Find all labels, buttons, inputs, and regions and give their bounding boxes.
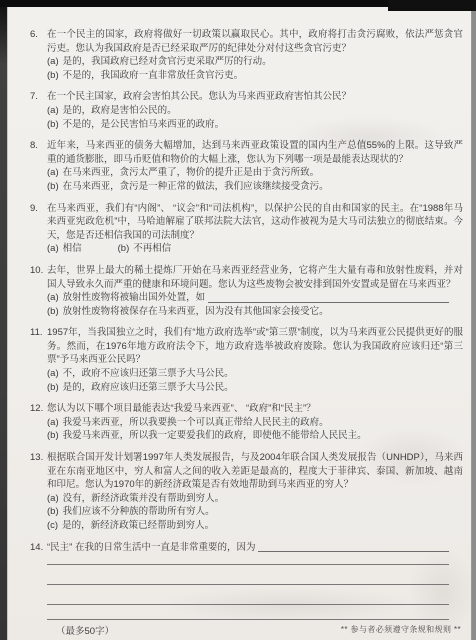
answer-lines — [47, 554, 449, 620]
option-a: (a)是的，政府是害怕公民的。 — [47, 104, 463, 118]
option-a: (a)放射性废物将被输出国外处置，如 — [47, 291, 463, 305]
question-item: 6.在一个民主的国家，政府将做好一切政策以赢取民心。其中，政府将打击贪污腐败，依… — [30, 28, 463, 82]
question-item: 11.1957年，当我国独立之时，我们有“地方政府选举”或“第三票”制度，以为马… — [30, 326, 463, 394]
question-number: 14. — [30, 541, 47, 621]
options: (a)不，政府不应该归还第三票予大马公民。(b)是的，政府应该归还第三票予大马公… — [47, 367, 463, 394]
question-text: 您认为以下哪个项目最能表达“我爱马来西亚”、 “政府”和“民主”？ — [47, 402, 463, 416]
option-text: 不再相信 — [133, 242, 171, 256]
question-number: 13. — [30, 451, 47, 533]
question-body: 去年，世界上最大的稀土提炼厂开始在马来西亚经营业务，它将产生大量有毒和放射性废料… — [47, 264, 463, 318]
question-text-content: 去年，世界上最大的稀土提炼厂开始在马来西亚经营业务，它将产生大量有毒和放射性废料… — [47, 265, 463, 290]
option-b: (b)不再相信 — [118, 242, 172, 256]
scan-border-top-right — [388, 0, 476, 11]
question-body: 在马来西亚，我们有“内阁”、 “议会”和“司法机构”，以保护公民的自由和国家的民… — [47, 202, 463, 256]
question-text: 在一个民主国家，政府会害怕其公民。您认为马来西亚政府害怕其公民？ — [47, 90, 463, 104]
answer-blank-line — [208, 291, 449, 303]
option-label: (c) — [47, 519, 58, 533]
options: (a)是的，我国政府已经对贪官污吏采取严厉的行动。(b)不是的，我国政府一直非常… — [47, 55, 463, 82]
option-text: 放射性废物将被保存在马来西亚，因为没有其他国家会接受它。 — [63, 305, 329, 319]
option-label: (b) — [47, 69, 59, 83]
option-a: (a)相信 — [47, 242, 82, 256]
option-text: 我们应该不分种族的帮助所有穷人。 — [63, 505, 215, 519]
option-b: (b)在马来西亚，贪污是一种正常的做法，我们应该继续接受贪污。 — [47, 180, 463, 194]
option-text: 是的，新经济政策已经帮助到穷人。 — [62, 519, 214, 533]
option-label: (a) — [47, 291, 59, 305]
question-text: 近年来，马来西亚的债务大幅增加，达到马来西亚政策设置的国内生产总值55%的上限。… — [47, 139, 463, 166]
question-text-content: 您认为以下哪个项目最能表达“我爱马来西亚”、 “政府”和“民主”？ — [47, 403, 316, 414]
scan-border-left — [0, 0, 7, 640]
word-limit-note: （最多50字） — [56, 623, 114, 637]
option-label: (a) — [47, 416, 59, 430]
option-a: (a)我爱马来西亚，所以我要换一个可以真正带给人民民主的政府。 — [47, 416, 463, 430]
option-c: (c)是的，新经济政策已经帮助到穷人。 — [47, 519, 463, 533]
answer-write-line — [47, 565, 449, 585]
option-a: (a)不，政府不应该归还第三票予大马公民。 — [47, 367, 463, 381]
question-body: 根据联合国开发计划署1997年人类发展报告，与及2004年联合国人类发展报告（U… — [47, 451, 463, 533]
option-b: (b)不是的，是公民害怕马来西亚的政府。 — [47, 118, 463, 132]
options: (a)在马来西亚，贪污太严重了，物价的提升正是由于贪污所致。(b)在马来西亚，贪… — [47, 166, 463, 193]
option-text: 是的，我国政府已经对贪官污吏采取严厉的行动。 — [63, 55, 272, 69]
options: (a)是的，政府是害怕公民的。(b)不是的，是公民害怕马来西亚的政府。 — [47, 104, 463, 131]
question-number: 6. — [30, 28, 47, 82]
option-a: (a)是的，我国政府已经对贪官污吏采取严厉的行动。 — [47, 55, 463, 69]
question-text: 去年，世界上最大的稀土提炼厂开始在马来西亚经营业务，它将产生大量有毒和放射性废料… — [47, 264, 463, 291]
question-item: 14.“民主” 在我的日常生活中一直是非常重要的，因为 — [30, 541, 463, 621]
option-label: (a) — [47, 242, 59, 256]
answer-write-line — [47, 585, 449, 605]
option-b: (b)我们应该不分种族的帮助所有穷人。 — [47, 505, 463, 519]
question-item: 12.您认为以下哪个项目最能表达“我爱马来西亚”、 “政府”和“民主”？(a)我… — [30, 402, 463, 443]
options: (a)没有，新经济政策并没有帮助到穷人。(b)我们应该不分种族的帮助所有穷人。(… — [47, 492, 463, 533]
option-b: (b)是的，政府应该归还第三票予大马公民。 — [47, 381, 463, 395]
question-body: “民主” 在我的日常生活中一直是非常重要的，因为 — [47, 541, 463, 621]
option-text: 不是的，我国政府一直非常放任贪官污吏。 — [63, 69, 244, 83]
question-text: 在一个民主的国家，政府将做好一切政策以赢取民心。其中，政府将打击贪污腐败，依法严… — [47, 28, 463, 55]
question-number: 12. — [30, 402, 47, 443]
option-label: (a) — [47, 367, 59, 381]
option-text: 放射性废物将被输出国外处置，如 — [63, 291, 206, 305]
question-number: 11. — [30, 326, 47, 394]
option-b: (b)放射性废物将被保存在马来西亚，因为没有其他国家会接受它。 — [47, 305, 463, 319]
question-body: 近年来，马来西亚的债务大幅增加，达到马来西亚政策设置的国内生产总值55%的上限。… — [47, 139, 463, 193]
scan-border-right — [472, 0, 476, 640]
question-item: 13.根据联合国开发计划署1997年人类发展报告，与及2004年联合国人类发展报… — [30, 451, 463, 533]
option-text: 在马来西亚，贪污太严重了，物价的提升正是由于贪污所致。 — [63, 166, 320, 180]
scanned-questionnaire-page: 6.在一个民主的国家，政府将做好一切政策以赢取民心。其中，政府将打击贪污腐败，依… — [7, 7, 472, 640]
question-number: 10. — [30, 264, 47, 318]
option-label: (b) — [47, 118, 59, 132]
option-b: (b)不是的，我国政府一直非常放任贪官污吏。 — [47, 69, 463, 83]
option-a: (a)在马来西亚，贪污太严重了，物价的提升正是由于贪污所致。 — [47, 166, 463, 180]
option-text: 不是的，是公民害怕马来西亚的政府。 — [63, 118, 225, 132]
option-text: 我爱马来西亚，所以我一定要爱我们的政府，即使他不能带给人民民主。 — [63, 429, 367, 443]
option-label: (b) — [118, 242, 130, 256]
option-label: (a) — [47, 166, 59, 180]
option-text: 相信 — [63, 242, 82, 256]
answer-write-line — [47, 605, 449, 620]
option-text: 我爱马来西亚，所以我要换一个可以真正带给人民民主的政府。 — [63, 416, 329, 430]
question-item: 7.在一个民主国家，政府会害怕其公民。您认为马来西亚政府害怕其公民？(a)是的，… — [30, 90, 463, 131]
option-text: 不，政府不应该归还第三票予大马公民。 — [63, 367, 234, 381]
question-text: 根据联合国开发计划署1997年人类发展报告，与及2004年联合国人类发展报告（U… — [47, 451, 463, 492]
rules-note: ** 参与者必须遵守条规和规则 ** — [341, 624, 461, 635]
options: (a)相信(b)不再相信 — [47, 242, 463, 256]
question-number: 7. — [30, 90, 47, 131]
option-label: (b) — [47, 180, 59, 194]
question-item: 10.去年，世界上最大的稀土提炼厂开始在马来西亚经营业务，它将产生大量有毒和放射… — [30, 264, 463, 318]
question-text-content: 根据联合国开发计划署1997年人类发展报告，与及2004年联合国人类发展报告（U… — [47, 452, 463, 490]
question-text-content: 在一个民主国家，政府会害怕其公民。您认为马来西亚政府害怕其公民？ — [47, 91, 351, 102]
question-number: 8. — [30, 139, 47, 193]
question-item: 9.在马来西亚，我们有“内阁”、 “议会”和“司法机构”，以保护公民的自由和国家… — [30, 202, 463, 256]
option-text: 是的，政府是害怕公民的。 — [63, 104, 177, 118]
answer-write-line — [47, 554, 449, 565]
question-body: 您认为以下哪个项目最能表达“我爱马来西亚”、 “政府”和“民主”？(a)我爱马来… — [47, 402, 463, 443]
option-label: (b) — [47, 505, 59, 519]
question-body: 在一个民主的国家，政府将做好一切政策以赢取民心。其中，政府将打击贪污腐败，依法严… — [47, 28, 463, 82]
option-label: (b) — [47, 429, 59, 443]
question-text-content: 在一个民主的国家，政府将做好一切政策以赢取民心。其中，政府将打击贪污腐败，依法严… — [47, 29, 463, 54]
question-text: 在马来西亚，我们有“内阁”、 “议会”和“司法机构”，以保护公民的自由和国家的民… — [47, 202, 463, 243]
question-text-content: 在马来西亚，我们有“内阁”、 “议会”和“司法机构”，以保护公民的自由和国家的民… — [47, 203, 463, 241]
question-body: 在一个民主国家，政府会害怕其公民。您认为马来西亚政府害怕其公民？(a)是的，政府… — [47, 90, 463, 131]
option-a: (a)没有，新经济政策并没有帮助到穷人。 — [47, 492, 463, 506]
option-text: 在马来西亚，贪污是一种正常的做法，我们应该继续接受贪污。 — [63, 180, 329, 194]
option-label: (a) — [47, 104, 59, 118]
question-item: 8.近年来，马来西亚的债务大幅增加，达到马来西亚政策设置的国内生产总值55%的上… — [30, 139, 463, 193]
option-text: 是的，政府应该归还第三票予大马公民。 — [63, 381, 234, 395]
question-body: 1957年，当我国独立之时，我们有“地方政府选举”或“第三票”制度，以为马来西亚… — [47, 326, 463, 394]
question-text-content: “民主” 在我的日常生活中一直是非常重要的，因为 — [47, 541, 255, 555]
option-label: (a) — [47, 492, 59, 506]
options: (a)放射性废物将被输出国外处置，如(b)放射性废物将被保存在马来西亚，因为没有… — [47, 291, 463, 318]
question-text: “民主” 在我的日常生活中一直是非常重要的，因为 — [47, 541, 463, 555]
answer-blank-line — [258, 541, 449, 553]
option-label: (b) — [47, 381, 59, 395]
question-list: 6.在一个民主的国家，政府将做好一切政策以赢取民心。其中，政府将打击贪污腐败，依… — [8, 7, 471, 640]
option-text: 没有，新经济政策并没有帮助到穷人。 — [63, 492, 225, 506]
question-text-content: 近年来，马来西亚的债务大幅增加，达到马来西亚政策设置的国内生产总值55%的上限。… — [47, 140, 463, 165]
question-text-content: 1957年，当我国独立之时，我们有“地方政府选举”或“第三票”制度，以为马来西亚… — [47, 327, 463, 365]
option-label: (a) — [47, 55, 59, 69]
option-label: (b) — [47, 305, 59, 319]
question-text: 1957年，当我国独立之时，我们有“地方政府选举”或“第三票”制度，以为马来西亚… — [47, 326, 463, 367]
options: (a)我爱马来西亚，所以我要换一个可以真正带给人民民主的政府。(b)我爱马来西亚… — [47, 416, 463, 443]
option-b: (b)我爱马来西亚，所以我一定要爱我们的政府，即使他不能带给人民民主。 — [47, 429, 463, 443]
question-number: 9. — [30, 202, 47, 256]
